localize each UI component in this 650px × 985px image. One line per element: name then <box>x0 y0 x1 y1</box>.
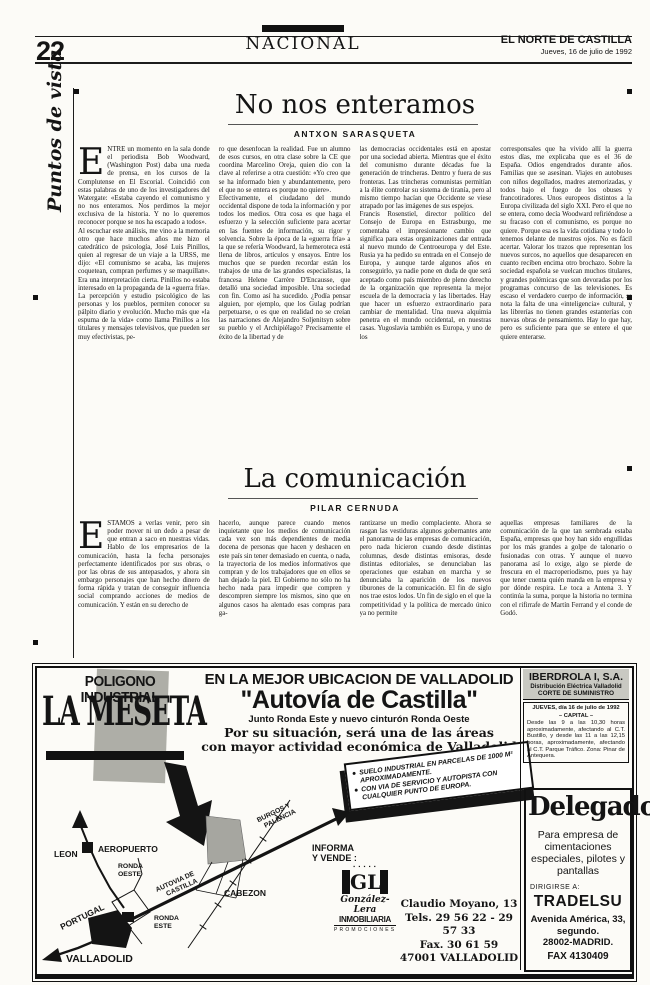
section-marker <box>33 640 38 645</box>
railway-tick <box>260 837 267 842</box>
article-1-byline: ANTXON SARASQUETA <box>78 129 632 139</box>
access-road <box>196 862 212 890</box>
header-bottom-rule <box>35 62 632 64</box>
iberdrola-date: JUEVES, día 16 de julio de 1992 <box>527 705 625 712</box>
logo-monogram: GL <box>342 870 388 894</box>
valladolid-city-shape <box>122 912 134 922</box>
arrow-up-icon <box>72 810 88 828</box>
ad-column-divider <box>520 668 521 970</box>
address-line: 28002-MADRID. <box>528 937 628 949</box>
section-strip-label: Puntos de vista <box>44 49 66 212</box>
informa-vende-label: INFORMA Y VENDE : <box>312 843 392 863</box>
address-line: 47001 VALLADOLID <box>398 952 520 966</box>
masthead-title: EL NORTE DE CASTILLA <box>501 34 632 46</box>
side-vertical-rule <box>73 88 74 658</box>
autovia-subtitle: Junto Ronda Este y nuevo cinturón Ronda … <box>196 714 522 725</box>
railway-tick <box>215 903 222 908</box>
meseta-underline-bar <box>46 751 184 760</box>
map-label-leon: LEON <box>54 849 78 859</box>
delegado-fax: FAX 4130409 <box>528 951 628 962</box>
agency-address: Claudio Moyano, 13 Tels. 29 56 22 - 29 5… <box>398 898 520 966</box>
section-marker <box>33 295 38 300</box>
article-1-column-1: ENTRE un momento en la sala donde el per… <box>78 146 210 464</box>
address-line: segundo. <box>528 926 628 938</box>
industrial-site-shape <box>206 816 246 864</box>
iberdrola-name: IBERDROLA I, S.A. <box>523 669 629 684</box>
article-2-dropcap: E <box>78 520 107 551</box>
article-2-body: ESTAMOS a verlas venir, pero sin poder m… <box>78 520 632 658</box>
masthead: EL NORTE DE CASTILLA Jueves, 16 de julio… <box>501 34 632 56</box>
map-label-ronda-este: RONDA <box>154 915 179 922</box>
article-2-byline: PILAR CERNUDA <box>78 503 632 513</box>
article-1-body: ENTRE un momento en la sala donde el per… <box>78 146 632 464</box>
iberdrola-notice-body: JUEVES, día 16 de julio de 1992 – CAPITA… <box>523 702 629 763</box>
section-bar <box>262 25 344 32</box>
address-line: Fax. 30 61 59 <box>398 939 520 953</box>
address-line: Claudio Moyano, 13 <box>398 898 520 912</box>
logo-promociones: PROMOCIONES <box>334 925 396 933</box>
delegado-title: Delegado <box>528 792 628 822</box>
dateline: Jueves, 16 de julio de 1992 <box>501 47 632 56</box>
airport-marker <box>82 842 93 853</box>
map-label-aeropuerto: AEROPUERTO <box>98 844 158 854</box>
article-2-column-1: ESTAMOS a verlas venir, pero sin poder m… <box>78 520 210 658</box>
article-1-column-4: corresponsales que ha vivido allí la gue… <box>500 146 632 464</box>
article-1-title: No nos enteramos <box>78 90 632 120</box>
section-title: NACIONAL <box>222 34 384 54</box>
arrow-southwest-icon <box>42 948 62 962</box>
delegado-ad: Delegado Para empresa de cimentaciones e… <box>524 788 632 972</box>
article-2-column-3: rantizarse un medio complaciente. Ahora … <box>360 520 492 658</box>
iberdrola-notice: IBERDROLA I, S.A. Distribución Eléctrica… <box>523 669 629 763</box>
map-label-ronda-oeste: OESTE <box>118 871 142 878</box>
meseta-title: LA MESETA <box>42 688 187 735</box>
logo-name: González-Lera <box>334 895 396 915</box>
delegado-body: Para empresa de cimentaciones especiales… <box>528 829 628 877</box>
delegado-address: Avenida América, 33, segundo. 28002-MADR… <box>528 914 628 949</box>
iberdrola-capital: – CAPITAL – <box>527 713 625 720</box>
map-label-burgos-group: BURGOS Y PALENCIA <box>256 801 297 831</box>
map-label-valladolid: VALLADOLID <box>66 953 133 965</box>
logo-inmobiliaria: INMOBILIARIA <box>334 915 396 924</box>
article-2-column-2: hacerlo, aunque parece cuando menos inqu… <box>219 520 351 658</box>
article-1-column-3: las democracias occidentales está en apo… <box>360 146 492 464</box>
article-1-column-2: ro que desenfocan la realidad. Fue un al… <box>219 146 351 464</box>
map-label-ronda-este: ESTE <box>154 923 172 930</box>
meseta-arrow-icon <box>164 762 212 846</box>
map-label-ronda-oeste: RONDA <box>118 863 143 870</box>
delegado-dirigirse: DIRIGIRSE A: <box>530 884 628 891</box>
article-2-title-rule <box>228 498 478 499</box>
gonzalez-lera-logo: ▪ ▪ ▪ ▪ ▪ GL González-Lera INMOBILIARIA … <box>334 864 396 933</box>
iberdrola-text: Desde las 9 a las 10,30 horas aproximada… <box>527 720 625 760</box>
map-label-cabezon: CABEZON <box>224 888 266 898</box>
iberdrola-corte: CORTE DE SUMINISTRO <box>523 690 629 700</box>
arrow-northeast-icon <box>332 808 350 826</box>
article-2-column-4: aquellas empresas familiares de la comun… <box>500 520 632 658</box>
article-2-title: La comunicación <box>78 464 632 494</box>
newspaper-page: 22 NACIONAL EL NORTE DE CASTILLA Jueves,… <box>0 0 650 985</box>
delegado-company: TRADELSU <box>528 893 628 911</box>
autovia-title: "Autovía de Castilla" <box>196 686 522 715</box>
article-1-title-rule <box>228 124 478 125</box>
address-line: Avenida América, 33, <box>528 914 628 926</box>
article-1-dropcap: E <box>78 146 107 177</box>
railway-tick <box>230 881 237 886</box>
address-line: Tels. 29 56 22 - 29 57 33 <box>398 912 520 939</box>
